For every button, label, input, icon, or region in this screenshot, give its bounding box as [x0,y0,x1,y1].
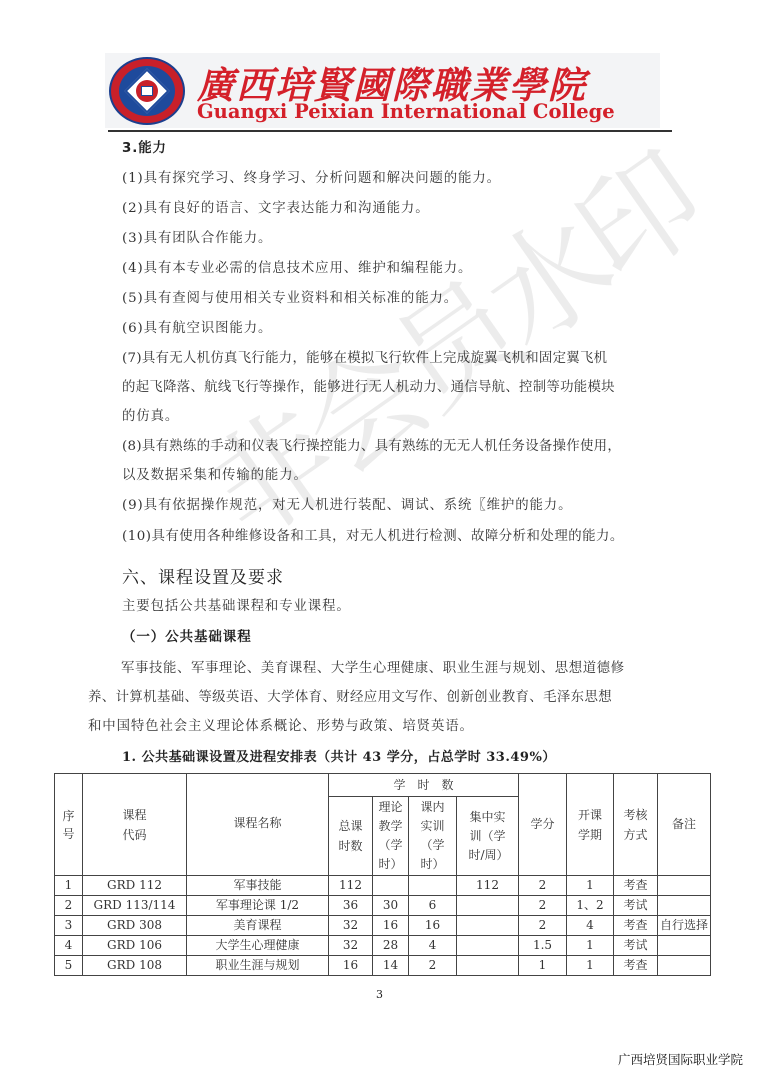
table-row: 2GRD 113/114军事理论课 1/2 36306 21、2考试 [55,896,711,916]
header-name: 课程名称 [187,774,329,876]
ability-item-7-line-3: 的仿真。 [122,407,179,427]
table-title: 1. 公共基础课设置及进程安排表（共计 43 学分，占总学时 33.49%） [122,748,556,768]
ability-item: (1)具有探究学习、终身学习、分析问题和解决问题的能力。 [122,169,501,189]
header-banner: 廣西培賢國際職業學院 Guangxi Peixian International… [105,53,660,128]
ability-item: (3)具有团队合作能力。 [122,229,272,249]
section-intro: 主要包括公共基础课程和专业课程。 [122,597,351,617]
ability-item-7-line-1: (7)具有无人机仿真飞行能力，能够在模拟飞行软件上完成旋翼飞机和固定翼飞机 [122,349,607,369]
courses-paragraph-line-1: 军事技能、军事理论、美育课程、大学生心理健康、职业生涯与规划、思想道德修 [121,659,625,679]
ability-item-8-line-2: 以及数据采集和传输的能力。 [122,466,308,486]
courses-paragraph-line-3: 和中国特色社会主义理论体系概论、形势与政策、培贤英语。 [88,717,474,737]
ability-item: (4)具有本专业必需的信息技术应用、维护和编程能力。 [122,259,472,279]
ability-item: (5)具有查阅与使用相关专业资料和相关标准的能力。 [122,289,458,309]
ability-item-8-line-1: (8)具有熟练的手动和仪表飞行操控能力、具有熟练的无无人机任务设备操作使用， [122,437,621,457]
college-emblem-icon [109,57,185,125]
header-semester: 开课学期 [567,774,614,876]
header-divider [108,130,672,132]
table-row: 4GRD 106大学生心理健康 32284 1.51考试 [55,936,711,956]
ability-item: (6)具有航空识图能力。 [122,319,272,339]
courses-paragraph-line-2: 养、计算机基础、等级英语、大学体育、财经应用文写作、创新创业教育、毛泽东思想 [88,688,612,708]
ability-heading: 3.能力 [122,139,167,159]
header-practice-in: 课内实训（学时） [409,797,457,876]
course-schedule-table: 序号 课程代码 课程名称 学 时 数 学分 开课学期 考核方式 备注 总课时数 … [54,773,711,976]
header-credits: 学分 [519,774,567,876]
ability-item-7-line-2: 的起飞降落、航线飞行等操作，能够进行无人机动力、通信导航、控制等功能模块 [122,378,615,398]
table-row: 1GRD 112军事技能 112112 21考查 [55,876,711,896]
college-name-en: Guangxi Peixian International College [197,100,615,123]
header-seq: 序号 [55,774,83,876]
header-assessment: 考核方式 [614,774,658,876]
header-code: 课程代码 [83,774,187,876]
header-remarks: 备注 [658,774,711,876]
ability-item-9: (9)具有依据操作规范，对无人机进行装配、调试、系统〖维护的能力。 [122,496,572,516]
header-theory: 理论教学（学时） [373,797,409,876]
table-row: 5GRD 108职业生涯与规划 16142 11考查 [55,956,711,976]
header-total-hours: 总课时数 [329,797,373,876]
table-row: 3GRD 308美育课程 321616 24考查自行选择 [55,916,711,936]
section-heading: 六、课程设置及要求 [122,563,284,588]
subsection-heading: （一）公共基础课程 [122,627,252,647]
ability-item: (2)具有良好的语言、文字表达能力和沟通能力。 [122,199,429,219]
footer-college-name: 广西培贤国际职业学院 [618,1050,743,1068]
header-hours-group: 学 时 数 [329,774,519,797]
page-number: 3 [376,988,383,1001]
header-practice-focus: 集中实训（学时/周） [457,797,519,876]
book-icon [141,86,153,96]
ability-item-10: (10)具有使用各种维修设备和工具，对无人机进行检测、故障分析和处理的能力。 [122,527,624,547]
